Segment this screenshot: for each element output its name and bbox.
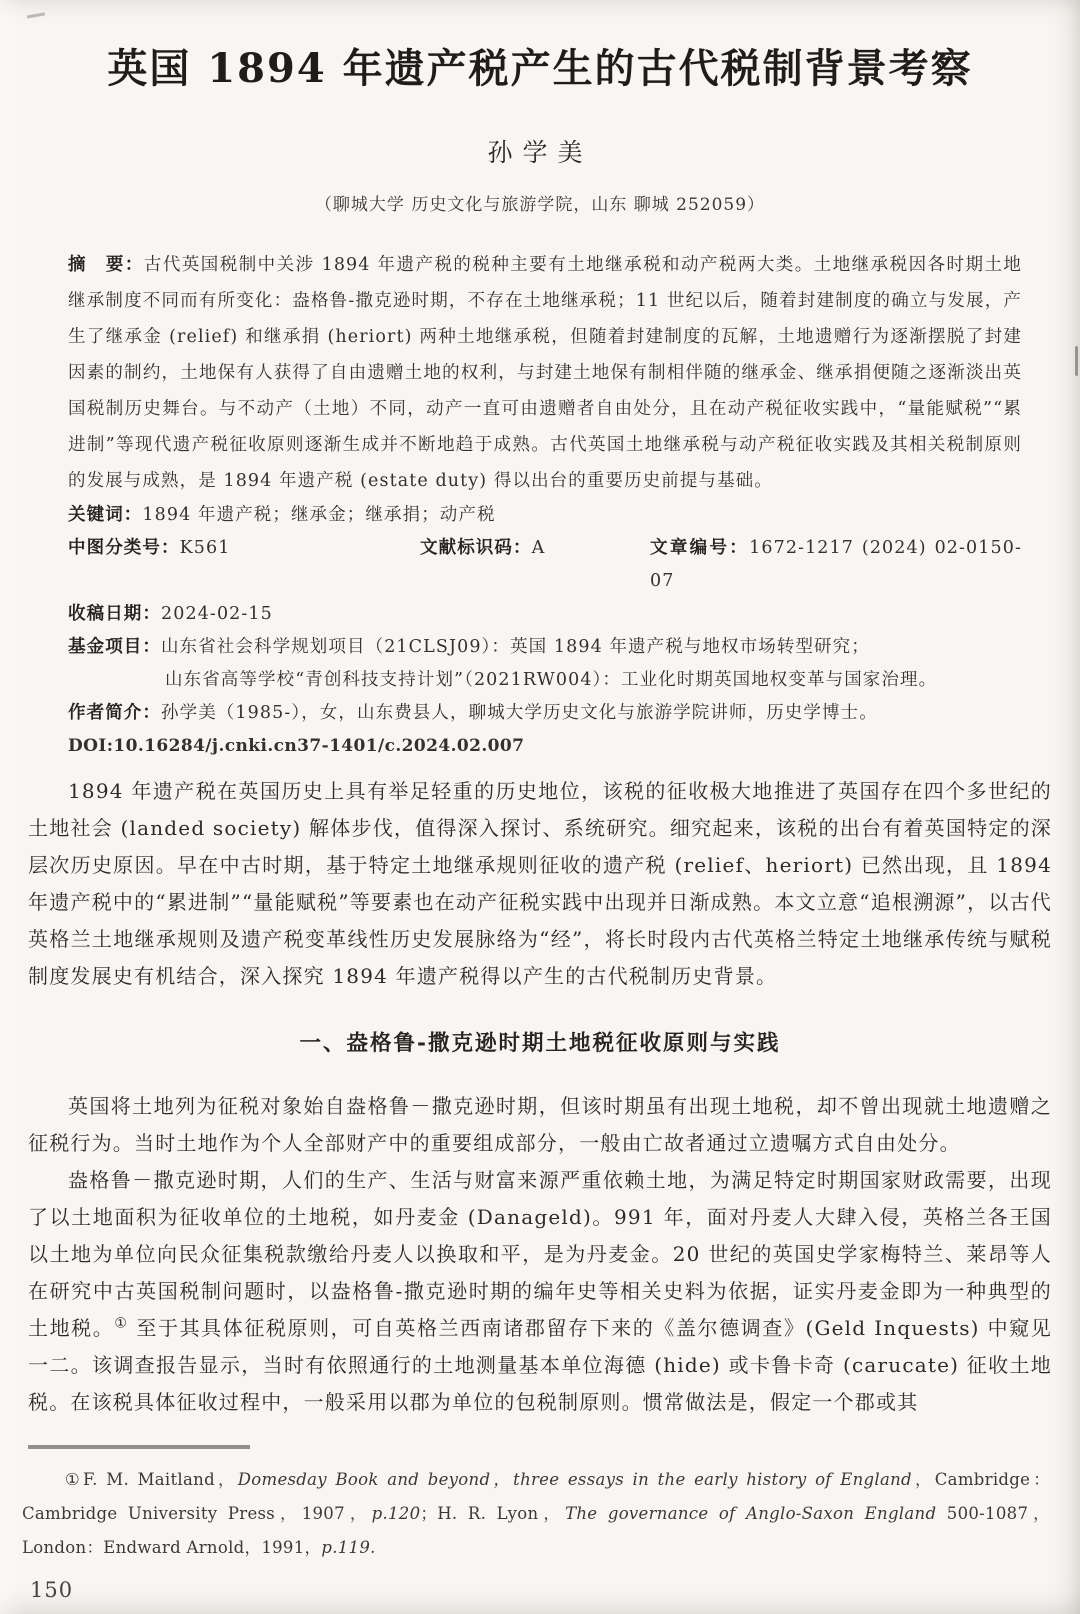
received-date-value: 2024-02-15 (161, 604, 273, 624)
body-paragraph-1: 1894 年遗产税在英国历史上具有举足轻重的历史地位，该税的征收极大地推进了英国… (28, 773, 1052, 995)
text-segment: ①F. M. Maitland， (65, 1470, 238, 1489)
text-segment: p.119. (321, 1538, 375, 1557)
clc-value: K561 (180, 538, 231, 558)
scan-smudge-icon (25, 3, 45, 19)
fund-label: 基金项目： (68, 637, 161, 657)
author-affiliation: （聊城大学 历史文化与旅游学院，山东 聊城 252059） (0, 193, 1080, 217)
abstract-label: 摘 要： (68, 255, 144, 275)
keywords-label: 关键词： (68, 505, 142, 525)
received-date-label: 收稿日期： (68, 604, 161, 624)
doi-line: DOI:10.16284/j.cnki.cn37-1401/c.2024.02.… (68, 730, 1022, 763)
article-id-label: 文章编号： (650, 538, 749, 558)
author-bio-label: 作者简介： (68, 703, 161, 723)
text-segment: Domesday Book and beyond，three essays in… (238, 1470, 912, 1489)
scan-artifact-icon (1075, 346, 1078, 376)
abstract-paragraph: 摘 要：古代英国税制中关涉 1894 年遗产税的税种主要有土地继承税和动产税两大… (68, 247, 1022, 499)
fund-text-1: 山东省社会科学规划项目（21CLSJ09）：英国 1894 年遗产税与地权市场转… (161, 637, 870, 657)
fund-line-1: 基金项目：山东省社会科学规划项目（21CLSJ09）：英国 1894 年遗产税与… (68, 631, 1022, 664)
text-segment: ；H. R. Lyon， (420, 1504, 565, 1523)
text-segment: The governance of Anglo-Saxon England (565, 1504, 936, 1523)
footnote-1: ①F. M. Maitland，Domesday Book and beyond… (22, 1463, 1050, 1565)
keywords-text: 1894 年遗产税；继承金；继承捐；动产税 (142, 505, 495, 525)
footnote-reference-mark: ① (114, 1315, 128, 1331)
body-paragraph-2: 英国将土地列为征税对象始自盎格鲁－撒克逊时期，但该时期虽有出现土地税，却不曾出现… (28, 1088, 1052, 1162)
journal-page: 英国 1894 年遗产税产生的古代税制背景考察 孙学美 （聊城大学 历史文化与旅… (0, 0, 1080, 1614)
fund-line-2: 山东省高等学校“青创科技支持计划”（2021RW004）：工业化时期英国地权变革… (68, 664, 1022, 697)
document-code-value: A (532, 538, 546, 558)
author-name: 孙学美 (0, 136, 1080, 169)
page-number: 150 (30, 1578, 73, 1602)
received-date-line: 收稿日期：2024-02-15 (68, 598, 1022, 631)
clc-number: 中图分类号：K561 (68, 532, 420, 598)
document-code: 文献标识码：A (420, 532, 650, 598)
section-1-heading: 一、盎格鲁-撒克逊时期土地税征收原则与实践 (28, 1025, 1052, 1062)
keywords-line: 关键词：1894 年遗产税；继承金；继承捐；动产税 (68, 499, 1022, 532)
text-segment: p.120 (372, 1504, 421, 1523)
classification-row: 中图分类号：K561 文献标识码：A 文章编号：1672-1217 (2024)… (68, 532, 1022, 598)
body-paragraph-3: 盎格鲁－撒克逊时期，人们的生产、生活与财富来源严重依赖土地，为满足特定时期国家财… (28, 1162, 1052, 1421)
article-title: 英国 1894 年遗产税产生的古代税制背景考察 (40, 42, 1040, 96)
document-code-label: 文献标识码： (420, 538, 532, 558)
author-bio-line: 作者简介：孙学美（1985-），女，山东费县人，聊城大学历史文化与旅游学院讲师，… (68, 697, 1022, 730)
front-matter: 摘 要：古代英国税制中关涉 1894 年遗产税的税种主要有土地继承税和动产税两大… (68, 247, 1022, 763)
article-id: 文章编号：1672-1217 (2024) 02-0150-07 (650, 532, 1022, 598)
footnote-separator (28, 1445, 250, 1449)
text-segment: 至于其具体征税原则，可自英格兰西南诸郡留存下来的《盖尔德调查》(Geld Inq… (28, 1316, 1052, 1414)
clc-label: 中图分类号： (68, 538, 180, 558)
author-bio-text: 孙学美（1985-），女，山东费县人，聊城大学历史文化与旅游学院讲师，历史学博士… (161, 703, 878, 723)
abstract-text: 古代英国税制中关涉 1894 年遗产税的税种主要有土地继承税和动产税两大类。土地… (68, 255, 1022, 491)
text-segment: 盎格鲁－撒克逊时期，人们的生产、生活与财富来源严重依赖土地，为满足特定时期国家财… (28, 1168, 1052, 1340)
article-body: 1894 年遗产税在英国历史上具有举足轻重的历史地位，该税的征收极大地推进了英国… (28, 773, 1052, 1421)
